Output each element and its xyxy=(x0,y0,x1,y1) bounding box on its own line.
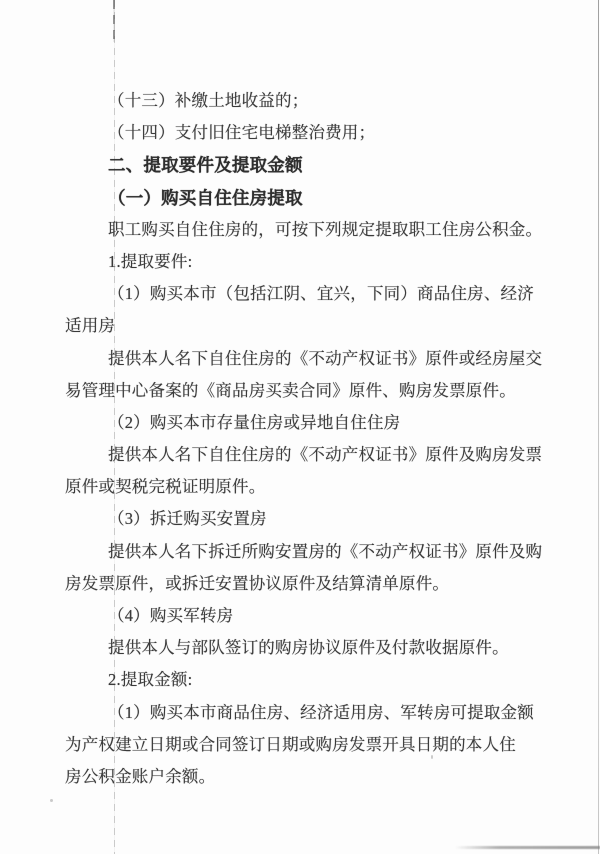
text-line: （1）购买本市（包括江阴、宜兴，下同）商品住房、经济 xyxy=(65,278,547,310)
text-line: （4）购买军转房 xyxy=(65,600,547,632)
text-line: 原件或契税完税证明原件。 xyxy=(65,471,547,503)
text-line: 提供本人名下自住住房的《不动产权证书》原件及购房发票 xyxy=(65,439,547,471)
scan-noise-speck xyxy=(50,799,53,802)
text-line: 2.提取金额: xyxy=(65,664,547,696)
scanned-document-page: （十三）补缴土地收益的； （十四）支付旧住宅电梯整治费用； 二、提取要件及提取金… xyxy=(0,0,600,854)
fold-crease-top-segment xyxy=(113,0,115,42)
text-line: 职工购买自住住房的，可按下列规定提取职工住房公积金。 xyxy=(65,214,547,246)
text-line: （十三）补缴土地收益的； xyxy=(65,85,547,117)
text-line: （十四）支付旧住宅电梯整治费用； xyxy=(65,117,547,149)
text-line: 1.提取要件: xyxy=(65,246,547,278)
text-line: 适用房 xyxy=(65,310,547,342)
text-line: （2）购买本市存量住房或异地自住住房 xyxy=(65,407,547,439)
text-line: 房发票原件，或拆迁安置协议原件及结算清单原件。 xyxy=(65,568,547,600)
text-line: 为产权建立日期或合同签订日期或购房发票开具日期的本人住 xyxy=(65,729,547,761)
text-line: 提供本人名下自住住房的《不动产权证书》原件或经房屋交 xyxy=(65,343,547,375)
text-line: （3）拆迁购买安置房 xyxy=(65,503,547,535)
text-line: （1）购买本市商品住房、经济适用房、军转房可提取金额 xyxy=(65,697,547,729)
scan-noise-speck xyxy=(431,755,433,759)
scan-edge-right-line xyxy=(598,0,600,854)
section-heading: 二、提取要件及提取金额 xyxy=(65,149,547,181)
subsection-heading: （一）购买自住住房提取 xyxy=(65,182,547,214)
text-line: 易管理中心备案的《商品房买卖合同》原件、购房发票原件。 xyxy=(65,375,547,407)
text-line: 房公积金账户余额。 xyxy=(65,761,547,793)
scan-edge-bottom-smudge xyxy=(455,846,600,849)
document-body: （十三）补缴土地收益的； （十四）支付旧住宅电梯整治费用； 二、提取要件及提取金… xyxy=(65,85,547,793)
scan-noise-speck xyxy=(98,775,100,778)
text-line: 提供本人名下拆迁所购安置房的《不动产权证书》原件及购 xyxy=(65,536,547,568)
text-line: 提供本人与部队签订的购房协议原件及付款收据原件。 xyxy=(65,632,547,664)
